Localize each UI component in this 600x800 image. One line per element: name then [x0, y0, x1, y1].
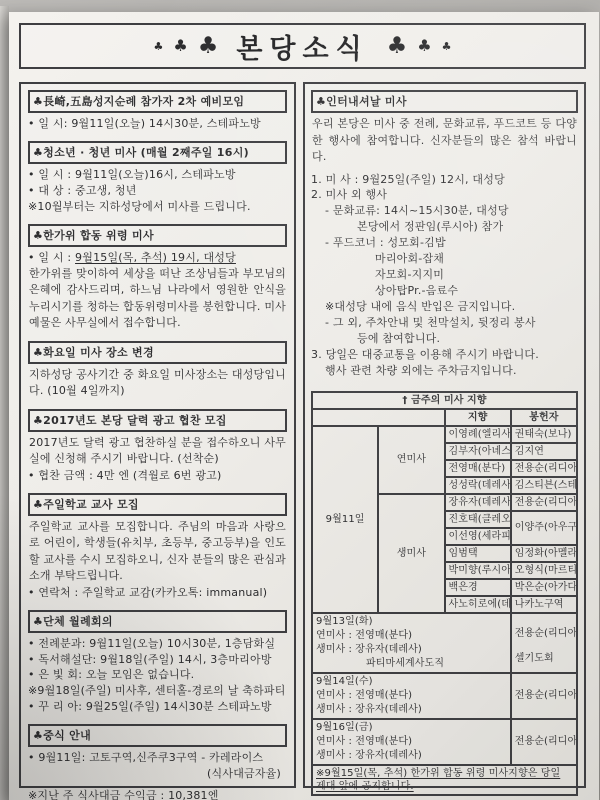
intention-cell: 백은경	[445, 579, 511, 596]
text-line: ※9월18일(주일) 미사후, 센터홀-경로의 날 축하파티	[28, 683, 287, 699]
donor-cell: 전용순(리디아)	[511, 719, 577, 765]
donor-stack: 전용순(리디아) 셀기도회	[515, 620, 573, 665]
section-title: ♣2017년도 본당 달력 광고 협찬 모집	[28, 409, 287, 432]
text-line: 연미사 : 전영매(분다)	[316, 689, 507, 703]
text-line: 연미사 : 전영매(분다)	[316, 629, 507, 643]
photo-background: ♣ ♣ ♣ 본당소식 ♣ ♣ ♣ ♣長崎,五島성지순례 참가자 2차 예비모임 …	[0, 0, 600, 800]
club-icon: ♣	[387, 35, 408, 58]
intention-cell: 진호태(클레오파스)	[445, 511, 511, 528]
mass-intention-table-wrap: † 금주의 미사 지향 지향 봉헌자 9월11일 연미사 이영례(엘리사벳) 권…	[311, 391, 578, 796]
text-line: • 꾸 리 아: 9월25일(주일) 14시30분 스테파노방	[28, 699, 287, 715]
text-line: • 일 시: 9월11일(오늘) 14시30분, 스테파노방	[28, 116, 287, 132]
text-line: 연미사 : 전영매(분다)	[316, 735, 507, 749]
text-line: 등에 참여합니다.	[311, 331, 578, 347]
text-line: • 일 시 : 9월15일(목, 추석) 19시, 대성당	[28, 250, 287, 266]
text-line: 생미사 : 장유자(데레사)	[316, 749, 507, 763]
section-title: ♣단체 월례회의	[28, 610, 287, 633]
text-line: 행사 관련 차량 외에는 주차금지입니다.	[311, 363, 578, 379]
donor-cell: 나카노구역	[511, 596, 577, 613]
paragraph: 2017년도 달력 광고 협찬하실 분을 접수하오니 사무실에 신청해 주시기 …	[28, 435, 287, 468]
bulletin-header: ♣ ♣ ♣ 본당소식 ♣ ♣ ♣	[19, 23, 586, 69]
text-line: 본당에서 정판임(루시아) 참가	[311, 219, 578, 235]
table-footer-note: ※9월15일(목, 추석) 한가위 합동 위령 미사지향은 당일 제대 앞에 공…	[312, 765, 577, 795]
group-label-living-mass: 생미사	[378, 494, 444, 613]
date-block-sep16: 9월16일(금) 연미사 : 전영매(분다) 생미사 : 장유자(데레사)	[312, 719, 511, 765]
section-calendar-ads: ♣2017년도 본당 달력 광고 협찬 모집 2017년도 달력 광고 협찬하실…	[28, 409, 287, 484]
footer-text: ※9월15일(목, 추석) 한가위 합동 위령 미사지향은 당일 제대 앞에 공…	[316, 768, 560, 792]
donor-cell: 권태숙(보나)	[511, 426, 577, 443]
club-icon: ♣	[153, 41, 163, 52]
paragraph: 지하성당 공사기간 중 화요일 미사장소는 대성당입니다. (10월 4일까지)	[28, 367, 287, 400]
date-label: 9월13일(화)	[316, 615, 507, 629]
underlying-page-edge	[0, 6, 9, 800]
text-line: • 연락처 : 주일학교 교감(카카오톡: immanual)	[28, 585, 287, 601]
donor-cell: 임정화(아멜라)	[511, 545, 577, 562]
text-line: • 전례분과: 9월11일(오늘) 10시30분, 1층담화실	[28, 636, 287, 652]
text-line: • 9월11일: 고토구역,신주쿠3구역 - 카레라이스	[28, 750, 287, 766]
text-line: 3. 당일은 대중교통을 이용해 주시기 바랍니다.	[311, 347, 578, 363]
section-monthly-meetings: ♣단체 월례회의 • 전례분과: 9월11일(오늘) 10시30분, 1층담화실…	[28, 610, 287, 716]
text-line: • 은 빛 회: 오늘 모임은 없습니다.	[28, 667, 287, 683]
text-line: 생미사 : 장유자(데레사)	[316, 703, 507, 717]
donor-cell: 전용순(리디아)	[511, 494, 577, 511]
page-title: 본당소식	[236, 27, 368, 66]
donor-name: 전용순(리디아)	[515, 620, 573, 652]
date-label: 9월16일(금)	[316, 721, 507, 735]
section-title: ♣인터내셔날 미사	[311, 90, 578, 113]
table-title: † 금주의 미사 지향	[312, 392, 577, 409]
section-sunday-school-teachers: ♣주일학교 교사 모집 주일학교 교사를 모집합니다. 주님의 마음과 사랑으로…	[28, 493, 287, 601]
intention-cell: 사노히로에(데레지아)	[445, 596, 511, 613]
text-line: - 푸드코너 : 성모회-김밥	[311, 235, 578, 251]
section-title: ♣화요일 미사 장소 변경	[28, 341, 287, 364]
intention-cell: 전영매(분다)	[445, 460, 511, 477]
table-corner-cell	[312, 409, 445, 426]
section-title: ♣청소년 · 청년 미사 (매월 2째주일 16시)	[28, 141, 287, 164]
section-youth-mass: ♣청소년 · 청년 미사 (매월 2째주일 16시) • 일 시 : 9월11일…	[28, 141, 287, 215]
text-line: - 그 외, 주차안내 및 천막설치, 뒷정리 봉사	[311, 315, 578, 331]
text-line: • 협찬 금액 : 4만 엔 (격월로 6번 광고)	[28, 468, 287, 484]
section-hangawi-memorial-mass: ♣한가위 합동 위령 미사 • 일 시 : 9월15일(목, 추석) 19시, …	[28, 224, 287, 332]
section-title: ♣한가위 합동 위령 미사	[28, 224, 287, 247]
date-block-sep14: 9월14일(수) 연미사 : 전영매(분다) 생미사 : 장유자(데레사)	[312, 673, 511, 719]
date-block-sep13: 9월13일(화) 연미사 : 전영매(분다) 생미사 : 장유자(데레사) 파티…	[312, 613, 511, 673]
intention-cell: 임범택	[445, 545, 511, 562]
intention-cell: 박미향(루시아)	[445, 562, 511, 579]
paragraph: 우리 본당은 미사 중 전례, 문화교류, 푸드코트 등 다양한 행사에 참여합…	[311, 116, 578, 166]
donor-cell: 오형식(마르티노)	[511, 562, 577, 579]
donor-cell: 박은순(아가다)	[511, 579, 577, 596]
intention-cell: 성성락(데레사)	[445, 477, 511, 494]
text-line: (식사대금자율)	[28, 766, 287, 782]
right-column: ♣인터내셔날 미사 우리 본당은 미사 중 전례, 문화교류, 푸드코트 등 다…	[303, 82, 586, 788]
intention-cell: 이선영(세라피나)	[445, 528, 511, 545]
text-line: 자모회-지지미	[311, 267, 578, 283]
club-icon: ♣	[173, 38, 187, 54]
text-line: 1. 미 사 : 9월25일(주일) 12시, 대성당	[311, 172, 578, 188]
text-line: 마리아회-잡채	[311, 251, 578, 267]
section-tuesday-mass-location: ♣화요일 미사 장소 변경 지하성당 공사기간 중 화요일 미사장소는 대성당입…	[28, 341, 287, 400]
text-line: • 일 시 : 9월11일(오늘)16시, 스테파노방	[28, 167, 287, 183]
text-line: • 독서해설단: 9월18일(주일) 14시, 3층마리아방	[28, 652, 287, 668]
text-line: • 대 상 : 중고생, 청년	[28, 183, 287, 199]
donor-name: 셀기도회	[515, 652, 573, 665]
text-line: 상아탑Pr.-음료수	[311, 283, 578, 299]
column-header-donor: 봉헌자	[511, 409, 577, 426]
donor-cell-merged: 이양주(아우구스티노)	[511, 511, 577, 545]
section-lunch-info: ♣중식 안내 • 9월11일: 고토구역,신주쿠3구역 - 카레라이스 (식사대…	[28, 724, 287, 800]
paragraph: 주일학교 교사를 모집합니다. 주님의 마음과 사랑으로 어린이, 학생들(유치…	[28, 519, 287, 585]
revenue-note: ※지난 주 식사대금 수익금 : 10,381엔	[28, 788, 287, 800]
date-label-sep11: 9월11일	[312, 426, 378, 613]
date-label: 9월14일(수)	[316, 675, 507, 689]
club-icon: ♣	[442, 41, 452, 52]
group-label-requiem-mass: 연미사	[378, 426, 444, 494]
club-icon: ♣	[198, 35, 219, 58]
text-line: 2. 미사 외 행사	[311, 187, 578, 203]
bullet-label: • 일 시 :	[28, 251, 75, 264]
two-column-layout: ♣長崎,五島성지순례 참가자 2차 예비모임 • 일 시: 9월11일(오늘) …	[19, 82, 586, 788]
section-title: ♣주일학교 교사 모집	[28, 493, 287, 516]
column-header-intention: 지향	[445, 409, 511, 426]
underlined-date: 9월15일(목, 추석) 19시, 대성당	[75, 251, 236, 264]
club-icon: ♣	[417, 38, 431, 54]
text-line: 파티마세계사도직	[316, 657, 507, 671]
bulletin-page: ♣ ♣ ♣ 본당소식 ♣ ♣ ♣ ♣長崎,五島성지순례 참가자 2차 예비모임 …	[9, 12, 599, 800]
text-line: ※대성당 내에 음식 반입은 금지입니다.	[311, 299, 578, 315]
donor-cell: 전용순(리디아)	[511, 673, 577, 719]
donor-cell: 김스티븐(스테파노)	[511, 477, 577, 494]
text-line: ※10월부터는 지하성당에서 미사를 드립니다.	[28, 199, 287, 215]
intention-cell: 이영례(엘리사벳)	[445, 426, 511, 443]
text-line: - 문화교류: 14시~15시30분, 대성당	[311, 203, 578, 219]
section-nagasaki-pilgrimage: ♣長崎,五島성지순례 참가자 2차 예비모임 • 일 시: 9월11일(오늘) …	[28, 90, 287, 132]
donor-cell: 전용순(리디아) 셀기도회	[511, 613, 577, 673]
intention-cell: 김부자(아녜스)	[445, 443, 511, 460]
text-line: 생미사 : 장유자(데레사)	[316, 643, 507, 657]
paragraph: 한가위를 맞이하여 세상을 떠난 조상님들과 부모님의 은혜에 감사드리며, 하…	[28, 266, 287, 332]
section-title: ♣長崎,五島성지순례 참가자 2차 예비모임	[28, 90, 287, 113]
intention-cell: 장유자(데레사)	[445, 494, 511, 511]
section-title: ♣중식 안내	[28, 724, 287, 747]
section-international-mass: ♣인터내셔날 미사 우리 본당은 미사 중 전례, 문화교류, 푸드코트 등 다…	[311, 90, 578, 379]
donor-cell: 김지연	[511, 443, 577, 460]
donor-cell: 전용순(리디아)	[511, 460, 577, 477]
left-column: ♣長崎,五島성지순례 참가자 2차 예비모임 • 일 시: 9월11일(오늘) …	[19, 82, 296, 788]
mass-intention-table: † 금주의 미사 지향 지향 봉헌자 9월11일 연미사 이영례(엘리사벳) 권…	[311, 391, 578, 796]
